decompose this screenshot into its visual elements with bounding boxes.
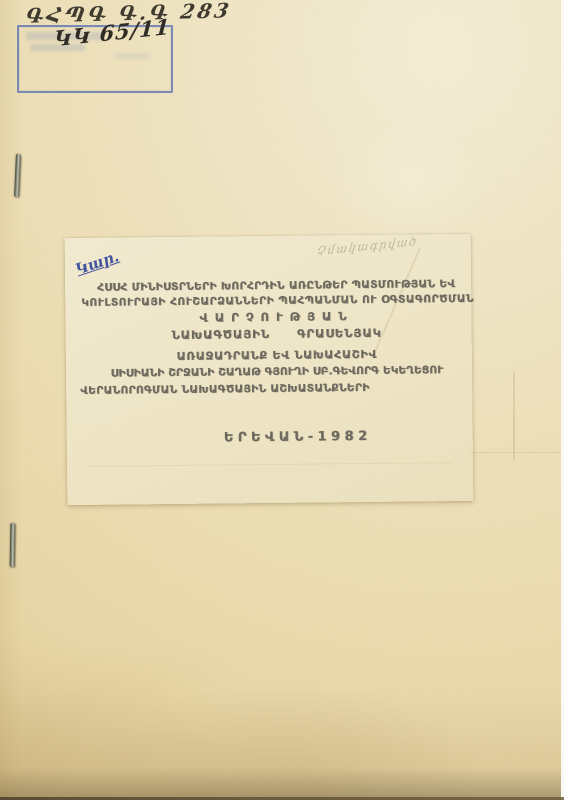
label-crease: [87, 462, 453, 467]
staple-bottom: [10, 523, 16, 567]
document-type-line: ԱՌԱՋԱԴՐԱՆՔ ԵՎ ՆԱԽԱՀԱՇԻՎ: [82, 347, 472, 364]
pasted-title-label: Կար. Չմակագրված ՀՍՍՀ ՄԻՆԻՍՏՐՆԵՐԻ ԽՈՐՀՐԴԻ…: [65, 234, 474, 505]
project-office-line: ՆԱԽԱԳԾԱՅԻՆ ԳՐԱՍԵՆՅԱԿ: [82, 325, 472, 343]
org-name-line3: ՎԱՐՉՈՒԹՅԱՆ: [81, 308, 471, 326]
staple-top: [14, 154, 21, 197]
imprint-city-year: ԵՐԵՎԱՆ-1982: [123, 428, 473, 447]
org-name-line1: ՀՍՍՀ ՄԻՆԻՍՏՐՆԵՐԻ ԽՈՐՀՐԴԻՆ ԱՌԸՆԹԵՐ ՊԱՏՄՈՒ…: [81, 278, 471, 294]
page-crease: [470, 452, 564, 453]
corner-ink-note: Կար.: [73, 247, 121, 278]
paper-blotch: [60, 640, 240, 730]
subject-line2: ՎԵՐԱՆՈՐՈԳՄԱՆ ՆԱԽԱԳԾԱՅԻՆ ԱՇԽԱՏԱՆՔՆԵՐԻ: [80, 382, 370, 397]
org-name-line2: ԿՈՒԼՏՈՒՐԱՅԻ ՀՈՒՇԱՐՁԱՆՆԵՐԻ ՊԱՀՊԱՆՄԱՆ ՈՒ Օ…: [81, 293, 471, 309]
scanned-page: ԳՀՊԳ Գ.Գ 283 ԿԿ 65/11 Կար. Չմակագրված ՀՍ…: [0, 0, 564, 800]
pencil-note: Չմակագրված: [316, 234, 419, 258]
paper-blotch: [330, 120, 490, 240]
stamp-faded-text: [115, 53, 149, 59]
page-crease: [513, 372, 515, 460]
subject-line1: ՍԻՍԻԱՆԻ ՇՐՋԱՆԻ ՇԱՂԱԹ ԳՅՈՒՂԻ ՍԲ.ԳԵՎՈՐԳ ԵԿ…: [82, 364, 472, 380]
